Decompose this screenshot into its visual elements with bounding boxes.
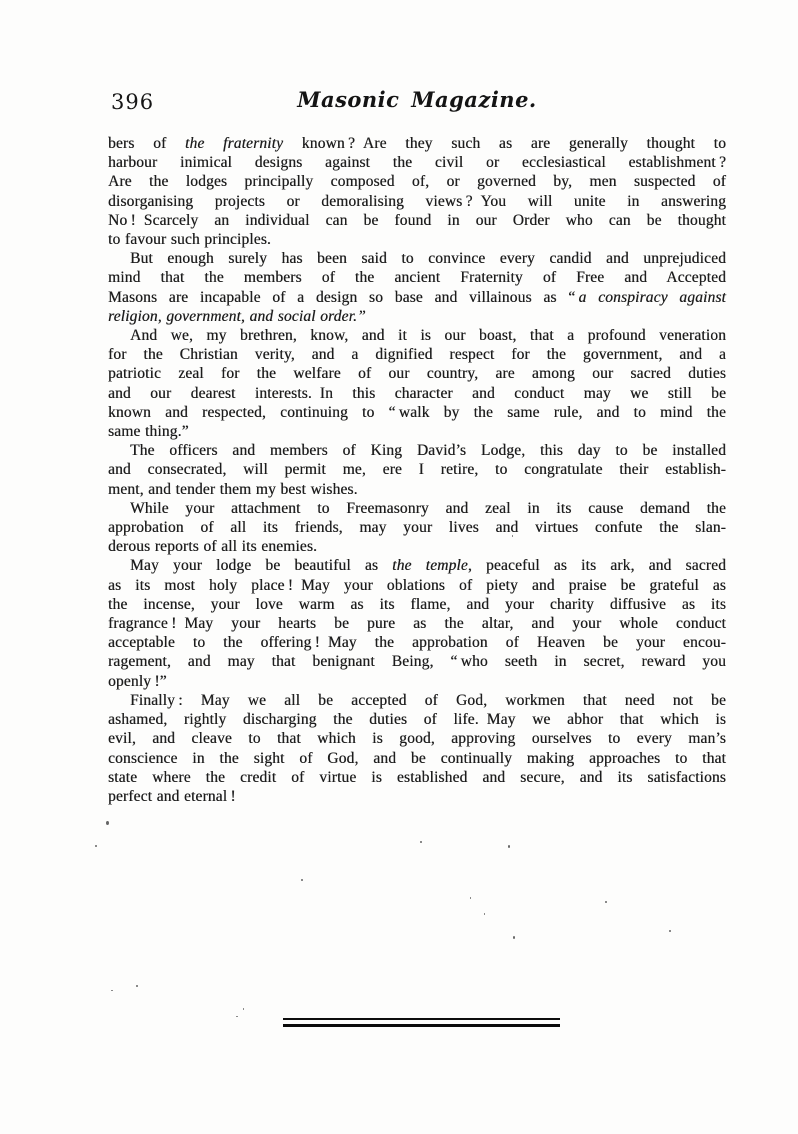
text-segment: Masons are incapable of a design so base… <box>108 289 579 306</box>
text-segment: mind that the members of the ancient Fra… <box>108 269 726 286</box>
scan-speck <box>669 930 671 932</box>
scan-speck <box>508 845 510 848</box>
text-line-p6-l4: fragrance ! May your hearts be pure as t… <box>108 614 726 633</box>
text-segment: and our dearest interests. In this chara… <box>108 385 726 402</box>
text-segment: state where the credit of virtue is esta… <box>108 769 726 786</box>
text-line-p5-l1: While your attachment to Freemasonry and… <box>108 499 726 518</box>
text-line-p3-l1: And we, my brethren, know, and it is our… <box>108 326 726 345</box>
text-segment: approbation of all its friends, may your… <box>108 519 726 536</box>
scan-speck <box>605 901 607 903</box>
article-body: bers of the fraternity known ? Are they … <box>108 134 726 806</box>
text-segment: conscience in the sight of God, and be c… <box>108 750 726 767</box>
scan-speck <box>111 990 113 991</box>
text-line-p1-l1: bers of the fraternity known ? Are they … <box>108 134 726 153</box>
text-line-p3-l2: for the Christian verity, and a dignifie… <box>108 345 726 364</box>
text-segment: But enough surely has been said to convi… <box>130 250 726 267</box>
italic-text-segment: the fraternity <box>185 135 283 152</box>
text-line-p6-l2: as its most holy place ! May your oblati… <box>108 576 726 595</box>
text-segment: the incense, your love warm as its flame… <box>108 596 726 613</box>
text-segment: derous reports of all its enemies. <box>108 538 317 555</box>
text-line-p1-l4: disorganising projects or demoralising v… <box>108 192 726 211</box>
text-line-p2-l4: religion, government, and social order.” <box>108 307 726 326</box>
text-line-p6-l3: the incense, your love warm as its flame… <box>108 595 726 614</box>
scan-speck <box>420 841 422 843</box>
text-segment: evil, and cleave to that which is good, … <box>108 730 726 747</box>
text-segment: Finally : May we all be accepted of God,… <box>130 692 726 709</box>
divider-thin-line <box>283 1018 560 1020</box>
text-line-p5-l3: derous reports of all its enemies. <box>108 537 726 556</box>
text-segment: ment, and tender them my best wishes. <box>108 481 358 498</box>
text-line-p1-l2: harbour inimical designs against the civ… <box>108 153 726 172</box>
text-segment: for the Christian verity, and a dignifie… <box>108 346 726 363</box>
text-line-p3-l3: patriotic zeal for the welfare of our co… <box>108 364 726 383</box>
text-line-p7-l6: perfect and eternal ! <box>108 787 726 806</box>
text-line-p6-l6: ragement, and may that benignant Being, … <box>108 652 726 671</box>
text-segment: acceptable to the offering ! May the app… <box>108 634 726 651</box>
text-segment: harbour inimical designs against the civ… <box>108 154 726 171</box>
text-segment: , peaceful as its ark, and sacred <box>468 557 726 574</box>
text-line-p1-l3: Are the lodges principally composed of, … <box>108 172 726 191</box>
text-line-p7-l5: state where the credit of virtue is esta… <box>108 768 726 787</box>
text-segment: fragrance ! May your hearts be pure as t… <box>108 615 726 632</box>
text-segment: patriotic zeal for the welfare of our co… <box>108 365 726 382</box>
text-segment: The officers and members of King David’s… <box>130 442 726 459</box>
text-segment: And we, my brethren, know, and it is our… <box>130 327 726 344</box>
text-line-p7-l2: ashamed, rightly discharging the duties … <box>108 710 726 729</box>
text-line-p2-l2: mind that the members of the ancient Fra… <box>108 268 726 287</box>
text-line-p4-l1: The officers and members of King David’s… <box>108 441 726 460</box>
italic-text-segment: the temple <box>392 557 468 574</box>
text-segment: No ! Scarcely an individual can be found… <box>108 212 726 229</box>
italic-text-segment: a conspiracy against <box>579 289 726 306</box>
text-line-p1-l6: to favour such principles. <box>108 230 726 249</box>
page-header-title: Masonic Magazine. <box>108 87 726 112</box>
text-line-p2-l1: But enough surely has been said to convi… <box>108 249 726 268</box>
scan-speck <box>236 1016 238 1017</box>
text-segment: perfect and eternal ! <box>108 788 236 805</box>
italic-text-segment: religion, government, and social order.” <box>108 308 366 325</box>
text-segment: bers of <box>108 135 185 152</box>
text-line-p4-l3: ment, and tender them my best wishes. <box>108 480 726 499</box>
text-line-p6-l1: May your lodge be beautiful as the templ… <box>108 556 726 575</box>
text-line-p4-l2: and consecrated, will permit me, ere I r… <box>108 460 726 479</box>
text-line-p3-l6: same thing.” <box>108 422 726 441</box>
text-line-p5-l2: approbation of all its friends, may your… <box>108 518 726 537</box>
scan-speck <box>484 913 485 915</box>
scan-speck <box>301 879 303 881</box>
section-divider-rule <box>283 1018 560 1027</box>
text-segment: ashamed, rightly discharging the duties … <box>108 711 726 728</box>
text-line-p6-l7: openly !” <box>108 672 726 691</box>
text-line-p7-l3: evil, and cleave to that which is good, … <box>108 729 726 748</box>
text-segment: While your attachment to Freemasonry and… <box>130 500 726 517</box>
text-line-p3-l5: known and respected, continuing to “ wal… <box>108 403 726 422</box>
text-segment: openly !” <box>108 673 167 690</box>
text-segment: ragement, and may that benignant Being, … <box>108 653 726 670</box>
text-line-p7-l4: conscience in the sight of God, and be c… <box>108 749 726 768</box>
scan-speck <box>513 936 515 939</box>
text-segment: May your lodge be beautiful as <box>130 557 392 574</box>
text-segment: to favour such principles. <box>108 231 271 248</box>
scan-speck <box>470 897 471 899</box>
scan-speck <box>136 985 138 987</box>
divider-thick-line <box>283 1024 560 1027</box>
text-segment: Are the lodges principally composed of, … <box>108 173 726 190</box>
text-line-p6-l5: acceptable to the offering ! May the app… <box>108 633 726 652</box>
text-segment: as its most holy place ! May your oblati… <box>108 577 726 594</box>
scan-speck <box>512 535 513 537</box>
text-segment: and consecrated, will permit me, ere I r… <box>108 461 726 478</box>
scan-speck <box>95 845 97 847</box>
text-line-p7-l1: Finally : May we all be accepted of God,… <box>108 691 726 710</box>
text-line-p1-l5: No ! Scarcely an individual can be found… <box>108 211 726 230</box>
text-line-p3-l4: and our dearest interests. In this chara… <box>108 384 726 403</box>
text-segment: same thing.” <box>108 423 189 440</box>
scan-speck <box>243 1008 244 1010</box>
scan-speck <box>106 821 109 825</box>
text-segment: disorganising projects or demoralising v… <box>108 193 726 210</box>
text-segment: known and respected, continuing to “ wal… <box>108 404 726 421</box>
text-line-p2-l3: Masons are incapable of a design so base… <box>108 288 726 307</box>
magazine-page: 396 Masonic Magazine. bers of the frater… <box>0 0 798 1134</box>
text-segment: known ? Are they such as are generally t… <box>283 135 726 152</box>
